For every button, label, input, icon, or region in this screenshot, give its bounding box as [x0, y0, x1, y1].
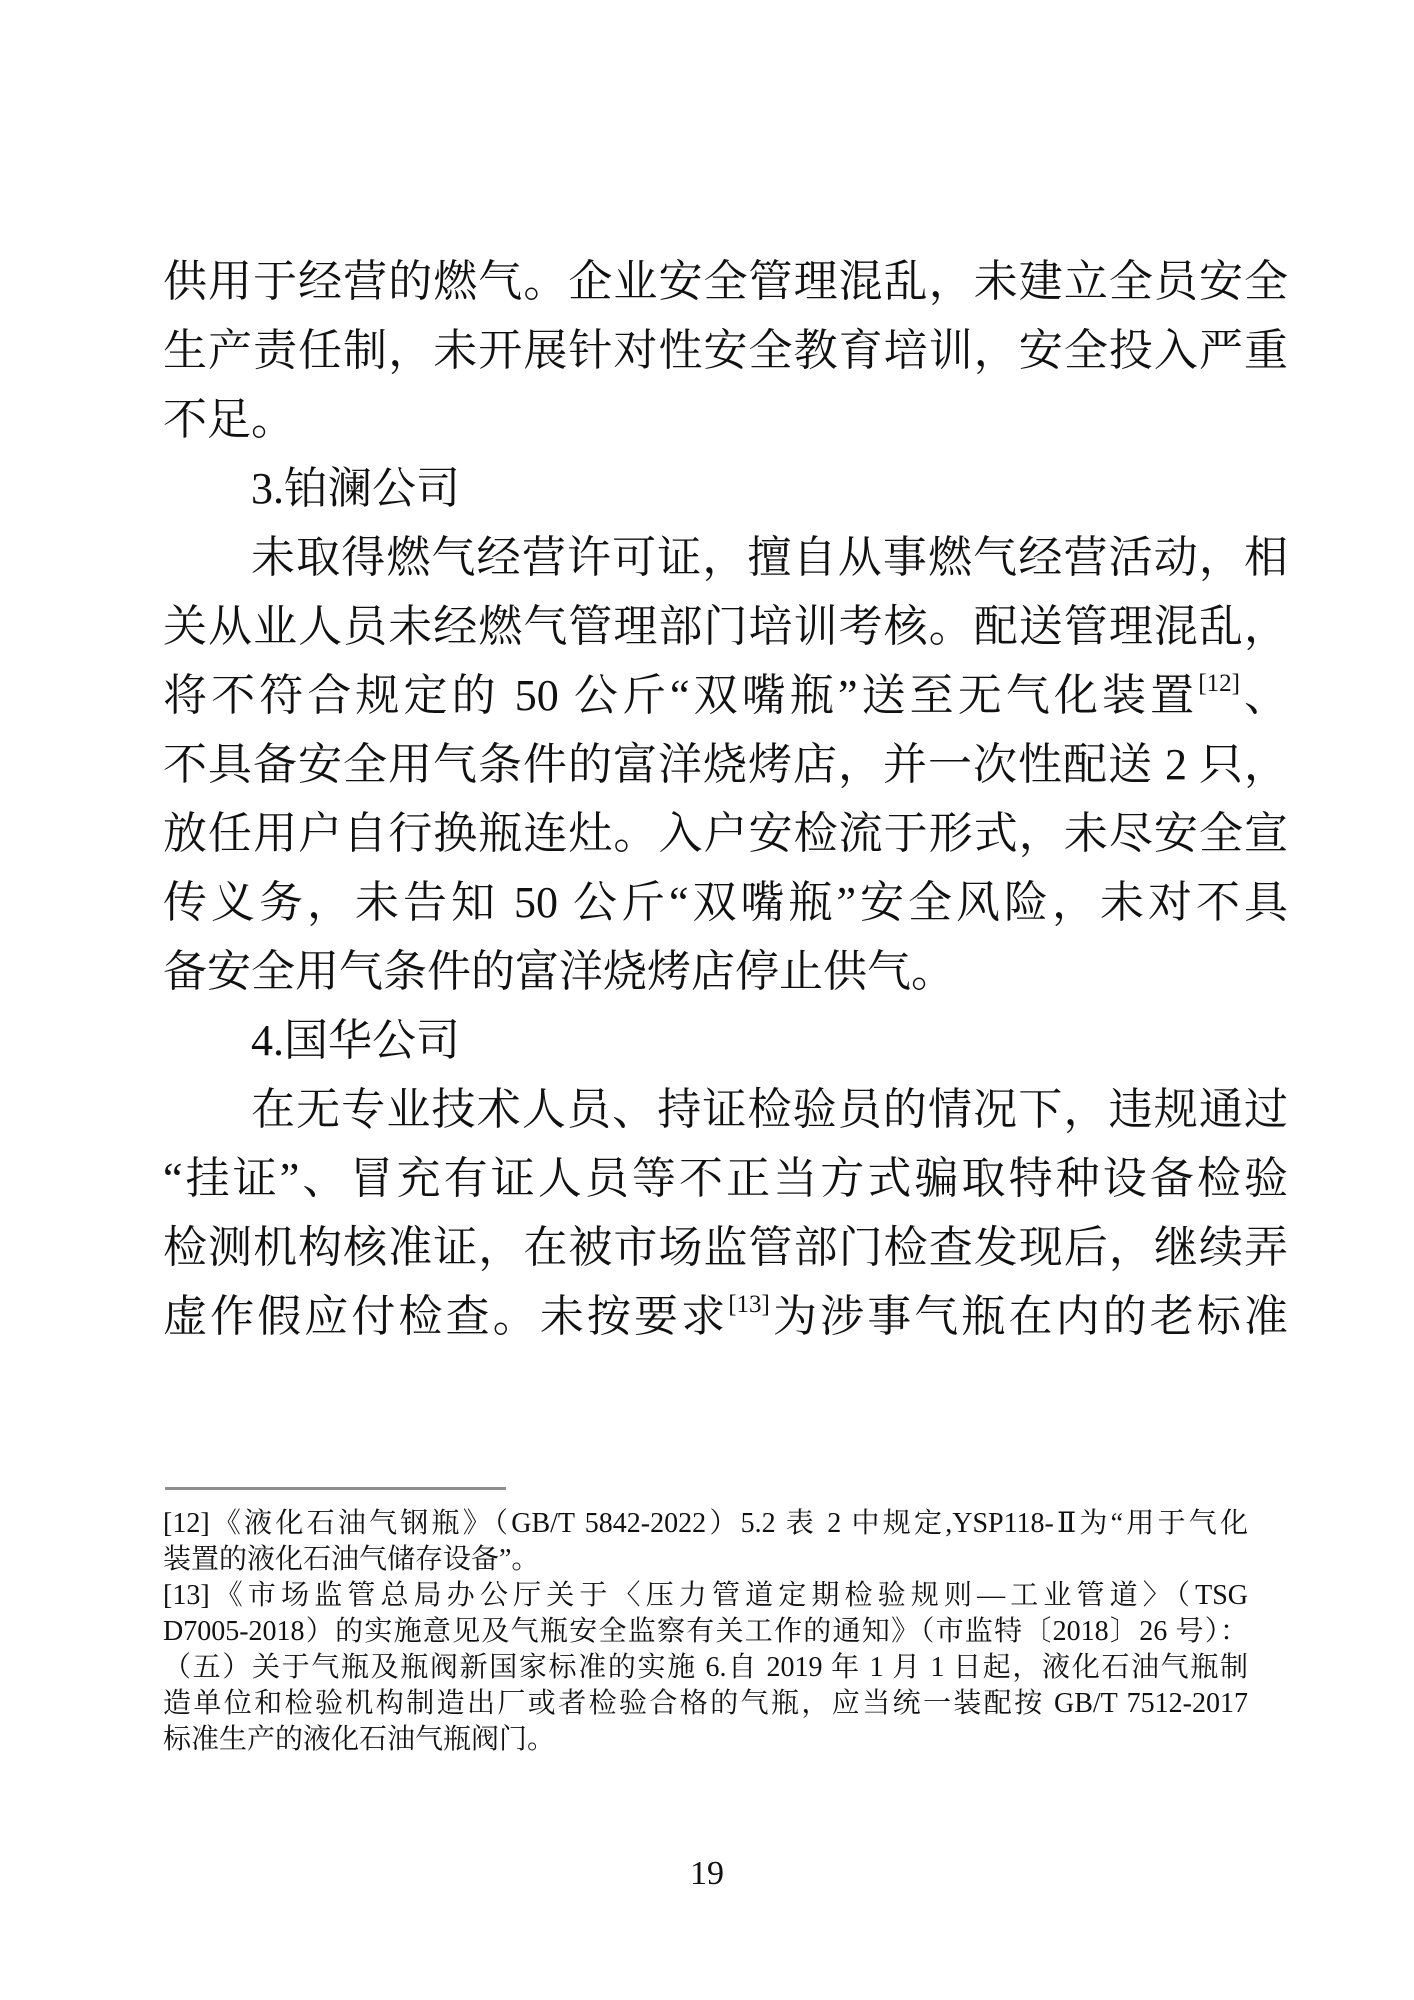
footnote-line: 标准生产的液化石油气瓶阀门。 [163, 1722, 1248, 1758]
footnote-ref-13: [13] [728, 1291, 770, 1318]
footnote-line: 造单位和检验机构制造出厂或者检验合格的气瓶，应当统一装配按 GB/T 7512-… [163, 1686, 1248, 1722]
document-page: 供用于经营的燃气。企业安全管理混乱，未建立全员安全 生产责任制，未开展针对性安全… [0, 0, 1414, 2000]
footnote-line: D7005-2018）的实施意见及气瓶安全监察有关工作的通知》（市监特〔2018… [163, 1614, 1248, 1650]
body-line: 检测机构核准证，在被市场监管部门检查发现后，继续弄 [163, 1213, 1288, 1282]
section-heading-3: 3.铂澜公司 [163, 454, 1288, 523]
page-number: 19 [0, 1852, 1414, 1896]
body-line: 不足。 [163, 385, 1288, 454]
footnote-ref-12: [12] [1198, 670, 1240, 697]
footnote-line: 装置的液化石油气储存设备”。 [163, 1542, 1248, 1578]
body-line-text: 虚作假应付检查。未按要求 [163, 1292, 728, 1341]
section-heading-4: 4.国华公司 [163, 1006, 1288, 1075]
body-line-text: 、 [1240, 671, 1288, 720]
footnote-line: [12]《液化石油气钢瓶》（GB/T 5842-2022）5.2 表 2 中规定… [163, 1506, 1248, 1542]
body-line: 放任用户自行换瓶连灶。入户安检流于形式，未尽安全宣 [163, 799, 1288, 868]
body-line: 备安全用气条件的富洋烧烤店停止供气。 [163, 937, 1288, 1006]
body-line: 虚作假应付检查。未按要求[13]为涉事气瓶在内的老标准 [163, 1282, 1288, 1351]
footnote-line: （五）关于气瓶及瓶阀新国家标准的实施 6.自 2019 年 1 月 1 日起，液… [163, 1650, 1248, 1686]
body-line: “挂证”、冒充有证人员等不正当方式骗取特种设备检验 [163, 1144, 1288, 1213]
body-line-text: 将不符合规定的 50 公斤“双嘴瓶”送至无气化装置 [163, 671, 1198, 720]
body-line: 传义务，未告知 50 公斤“双嘴瓶”安全风险，未对不具 [163, 868, 1288, 937]
body-line-text: 为涉事气瓶在内的老标准 [770, 1292, 1288, 1341]
body-line: 在无专业技术人员、持证检验员的情况下，违规通过 [163, 1075, 1288, 1144]
body-line: 将不符合规定的 50 公斤“双嘴瓶”送至无气化装置[12]、 [163, 661, 1288, 730]
body-line: 不具备安全用气条件的富洋烧烤店，并一次性配送 2 只， [163, 730, 1288, 799]
body-line: 关从业人员未经燃气管理部门培训考核。配送管理混乱， [163, 592, 1288, 661]
footnote-separator [165, 1487, 506, 1490]
body-line: 供用于经营的燃气。企业安全管理混乱，未建立全员安全 [163, 247, 1288, 316]
body-line: 生产责任制，未开展针对性安全教育培训，安全投入严重 [163, 316, 1288, 385]
body-line: 未取得燃气经营许可证，擅自从事燃气经营活动，相 [163, 523, 1288, 592]
footnote-line: [13]《市场监管总局办公厅关于〈压力管道定期检验规则—工业管道〉（TSG [163, 1578, 1248, 1614]
footnotes-block: [12]《液化石油气钢瓶》（GB/T 5842-2022）5.2 表 2 中规定… [163, 1506, 1248, 1758]
body-text-block: 供用于经营的燃气。企业安全管理混乱，未建立全员安全 生产责任制，未开展针对性安全… [163, 247, 1288, 1351]
